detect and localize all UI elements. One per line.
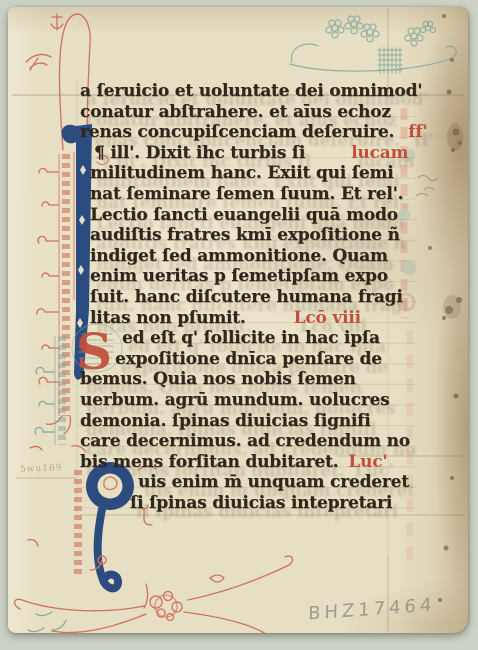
manuscript-line: indiget ſed ammonitione. Quam xyxy=(80,246,430,267)
manuscript-line: renas concupiſcenciam deſeruire.ff' xyxy=(80,122,430,143)
body-text: militudinem hanc. Exiit qui ſemi xyxy=(90,163,394,183)
manuscript-line: ſi ſpinas diuicias intepretari xyxy=(80,493,430,514)
body-text: ¶ ill'. Dixit ihc turbis ſi xyxy=(94,143,305,163)
body-text: expoſitione dnīca penſare de xyxy=(115,349,382,369)
body-text: ed eſt q' ſollicite in hac ipſa xyxy=(122,328,380,348)
manuscript-line: enim ueritas p ſemetipſam expo xyxy=(80,266,430,287)
body-text: nat ſeminare ſemen ſuum. Et rel'. xyxy=(90,184,403,204)
manuscript-line: demonia. ſpinas diuicias ſignifi xyxy=(80,411,430,432)
manuscript-line: ed eſt q' ſollicite in hac ipſa xyxy=(80,328,430,349)
text-block: a ſeruicio et uoluntate dei omnimod'cona… xyxy=(80,81,430,513)
rubric-text: Luc' xyxy=(348,452,387,472)
margin-inscription: 5wu169 xyxy=(20,463,63,474)
rubric-text: ff' xyxy=(408,122,427,142)
manuscript-line: Lectio ſancti euangelii quā modo xyxy=(80,205,430,226)
body-text: bemus. Quia nos nobis ſemen xyxy=(80,369,356,389)
body-text: indiget ſed ammonitione. Quam xyxy=(90,246,388,266)
body-text: uerbum. agrū mundum. uolucres xyxy=(80,390,390,410)
manuscript-line: a ſeruicio et uoluntate dei omnimod' xyxy=(80,81,430,102)
manuscript-line: audiſtis fratres kmī expoſitione ñ xyxy=(80,225,430,246)
body-text: audiſtis fratres kmī expoſitione ñ xyxy=(90,225,400,245)
body-text: renas concupiſcenciam deſeruire. xyxy=(80,122,394,142)
manuscript-line: expoſitione dnīca penſare de xyxy=(80,349,430,370)
body-text: ſuit. hanc diſcutere humana fragi xyxy=(90,287,403,307)
manuscript-line: bis mens forſitan dubitaret.Luc' xyxy=(80,452,430,473)
rubric-text: lucam xyxy=(351,143,408,163)
body-text: bis mens forſitan dubitaret. xyxy=(80,452,338,472)
body-text: uis enim m̄ unquam crederet xyxy=(138,472,409,492)
body-text: ſi ſpinas diuicias intepretari xyxy=(130,493,392,513)
manuscript-line: conatur abſtrahere. et aīus echoz xyxy=(80,102,430,123)
body-text: litas non pſumit. xyxy=(90,308,246,328)
manuscript-line: nat ſeminare ſemen ſuum. Et rel'. xyxy=(80,184,430,205)
body-text: conatur abſtrahere. et aīus echoz xyxy=(80,102,391,122)
manuscript-line: care decernimus. ad credendum no xyxy=(80,431,430,452)
manuscript-line: litas non pſumit.Lcō viii xyxy=(80,308,430,329)
body-text: care decernimus. ad credendum no xyxy=(80,431,410,451)
body-text: demonia. ſpinas diuicias ſignifi xyxy=(80,411,371,431)
body-text: a ſeruicio et uoluntate dei omnimod' xyxy=(80,81,422,101)
body-text: enim ueritas p ſemetipſam expo xyxy=(90,266,388,286)
manuscript-line: uerbum. agrū mundum. uolucres xyxy=(80,390,430,411)
body-text: Lectio ſancti euangelii quā modo xyxy=(90,205,398,225)
rubric-text: Lcō viii xyxy=(294,308,361,328)
manuscript-line: ſuit. hanc diſcutere humana fragi xyxy=(80,287,430,308)
scanned-manuscript-photo: a ſeruicio et uoluntate dei omnimod'cona… xyxy=(0,0,478,650)
manuscript-line: bemus. Quia nos nobis ſemen xyxy=(80,369,430,390)
manuscript-line: ¶ ill'. Dixit ihc turbis ſilucam xyxy=(80,143,430,164)
manuscript-line: militudinem hanc. Exiit qui ſemi xyxy=(80,163,430,184)
manuscript-line: uis enim m̄ unquam crederet xyxy=(80,472,430,493)
